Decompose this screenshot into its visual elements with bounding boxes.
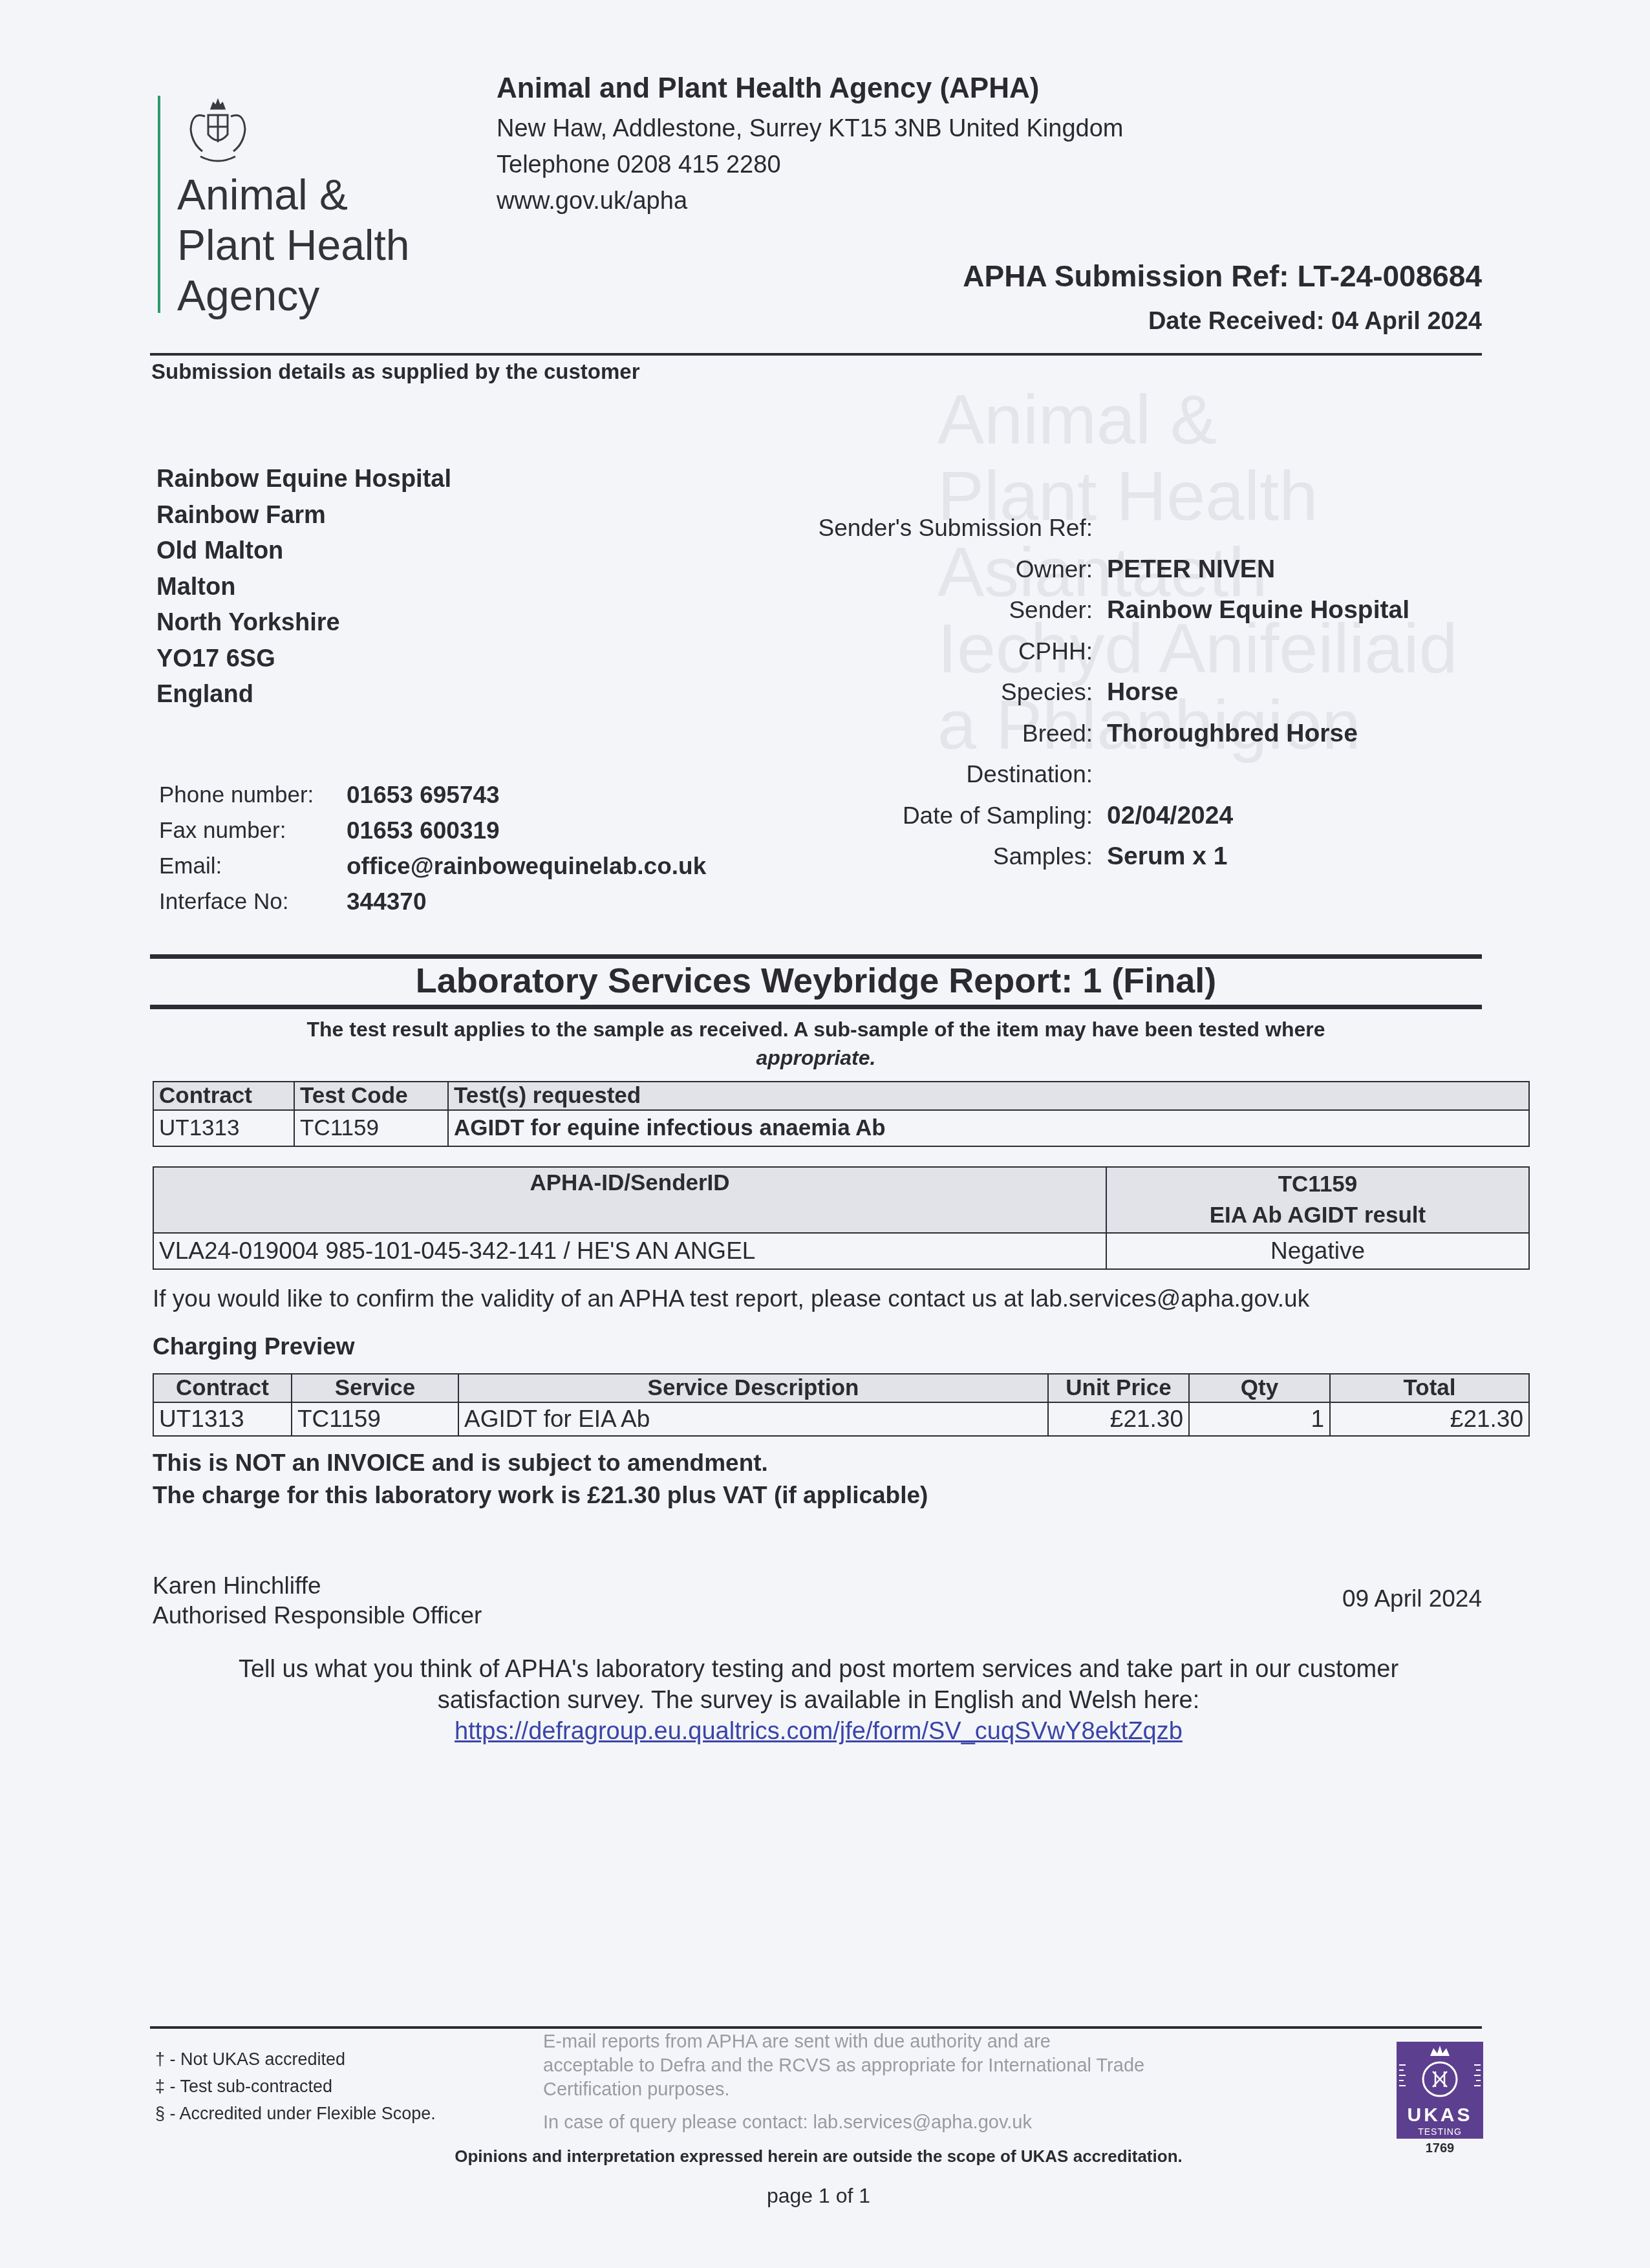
sampling-date-value: 02/04/2024 <box>1107 795 1233 837</box>
address-line: England <box>156 677 451 713</box>
detail-label: Samples: <box>744 836 1107 877</box>
table-row: UT1313 TC1159 AGIDT for EIA Ab £21.30 1 … <box>153 1402 1529 1436</box>
contact-row: Fax number: 01653 600319 <box>159 813 706 848</box>
contact-details: Phone number: 01653 695743 Fax number: 0… <box>159 777 706 919</box>
col-contract: Contract <box>153 1374 292 1402</box>
ukas-sub: TESTING <box>1397 2126 1483 2137</box>
table-row: VLA24-019004 985-101-045-342-141 / HE'S … <box>153 1233 1529 1269</box>
address-line: Old Malton <box>156 533 451 570</box>
detail-row: Destination: <box>744 754 1409 795</box>
logo-line: Plant Health <box>177 220 410 270</box>
result-test-code: TC1159 <box>1112 1169 1523 1200</box>
customer-address: Rainbow Equine Hospital Rainbow Farm Old… <box>156 462 451 713</box>
org-name: Animal and Plant Health Agency (APHA) <box>497 71 1039 106</box>
disclaimer-line: The test result applies to the sample as… <box>150 1015 1482 1043</box>
report-title: Laboratory Services Weybridge Report: 1 … <box>150 961 1482 1001</box>
address-line: Rainbow Farm <box>156 498 451 534</box>
charge-note: The charge for this laboratory work is £… <box>153 1479 928 1512</box>
detail-row: Sender's Submission Ref: <box>744 508 1409 549</box>
address-line: Rainbow Equine Hospital <box>156 462 451 498</box>
detail-row: Species:Horse <box>744 672 1409 713</box>
table-header-row: APHA-ID/SenderID TC1159 EIA Ab AGIDT res… <box>153 1167 1529 1233</box>
cell-result: Negative <box>1106 1233 1529 1269</box>
submission-section-heading: Submission details as supplied by the cu… <box>151 359 640 384</box>
email-note: E-mail reports from APHA are sent with d… <box>543 2030 1144 2135</box>
detail-row: Samples:Serum x 1 <box>744 836 1409 877</box>
address-line: YO17 6SG <box>156 641 451 678</box>
submission-ref: APHA Submission Ref: LT-24-008684 <box>963 259 1482 294</box>
table-row: UT1313 TC1159 AGIDT for equine infectiou… <box>153 1110 1529 1146</box>
phone-value: 01653 695743 <box>347 777 500 813</box>
agency-logo-text: Animal & Plant Health Agency <box>177 169 410 321</box>
col-apha-id: APHA-ID/SenderID <box>153 1167 1106 1233</box>
disclaimer-line: appropriate. <box>150 1043 1482 1072</box>
cell-service-description: AGIDT for EIA Ab <box>458 1402 1048 1436</box>
officer-role: Authorised Responsible Officer <box>153 1601 482 1631</box>
results-table: APHA-ID/SenderID TC1159 EIA Ab AGIDT res… <box>153 1166 1530 1270</box>
detail-row: Sender:Rainbow Equine Hospital <box>744 590 1409 631</box>
contact-row: Email: office@rainbowequinelab.co.uk <box>159 848 706 884</box>
signature-date: 09 April 2024 <box>1342 1585 1482 1612</box>
fax-value: 01653 600319 <box>347 813 500 848</box>
ukas-number: 1769 <box>1397 2141 1483 2156</box>
col-contract: Contract <box>153 1082 294 1110</box>
cell-qty: 1 <box>1189 1402 1330 1436</box>
cell-total: £21.30 <box>1330 1402 1529 1436</box>
table-header-row: Contract Service Service Description Uni… <box>153 1374 1529 1402</box>
ukas-disclaimer: Opinions and interpretation expressed he… <box>153 2146 1484 2166</box>
page-number: page 1 of 1 <box>153 2184 1484 2208</box>
detail-label: Destination: <box>744 754 1107 795</box>
breed-value: Thoroughbred Horse <box>1107 713 1358 754</box>
col-service: Service <box>292 1374 458 1402</box>
detail-row: CPHH: <box>744 631 1409 672</box>
email-note-line: Certification purposes. <box>543 2078 1144 2102</box>
sender-value: Rainbow Equine Hospital <box>1107 590 1409 631</box>
detail-label: Species: <box>744 672 1107 713</box>
col-unit-price: Unit Price <box>1048 1374 1189 1402</box>
footer-legend: † - Not UKAS accredited ‡ - Test sub-con… <box>155 2046 436 2127</box>
org-website[interactable]: www.gov.uk/apha <box>497 184 687 219</box>
owner-value: PETER NIVEN <box>1107 549 1275 590</box>
cell-test-requested: AGIDT for equine infectious anaemia Ab <box>448 1110 1529 1146</box>
ukas-logo: UKAS TESTING <box>1397 2042 1483 2139</box>
col-service-description: Service Description <box>458 1374 1048 1402</box>
legend-not-accredited: † - Not UKAS accredited <box>155 2046 436 2073</box>
report-title-rule-bottom <box>150 1005 1482 1009</box>
cell-unit-price: £21.30 <box>1048 1402 1189 1436</box>
detail-label: Owner: <box>744 549 1107 590</box>
legend-sub-contracted: ‡ - Test sub-contracted <box>155 2073 436 2100</box>
cell-sample-id: VLA24-019004 985-101-045-342-141 / HE'S … <box>153 1233 1106 1269</box>
watermark-line: Animal & <box>937 381 1458 458</box>
email-note-line: acceptable to Defra and the RCVS as appr… <box>543 2054 1144 2078</box>
report-title-rule-top <box>150 954 1482 959</box>
address-line: North Yorkshire <box>156 605 451 641</box>
charging-heading: Charging Preview <box>153 1333 355 1360</box>
query-note: In case of query please contact: lab.ser… <box>543 2111 1144 2135</box>
tests-requested-table: Contract Test Code Test(s) requested UT1… <box>153 1081 1530 1147</box>
coat-of-arms-icon <box>176 97 260 168</box>
ukas-word: UKAS <box>1397 2104 1483 2126</box>
col-tests-requested: Test(s) requested <box>448 1082 1529 1110</box>
detail-label: Date of Sampling: <box>744 795 1107 837</box>
contact-label: Email: <box>159 848 347 884</box>
signature-block: Karen Hinchliffe Authorised Responsible … <box>153 1571 482 1631</box>
contact-label: Fax number: <box>159 813 347 848</box>
contact-label: Interface No: <box>159 884 347 919</box>
submission-details: Sender's Submission Ref: Owner:PETER NIV… <box>744 508 1409 877</box>
col-total: Total <box>1330 1374 1529 1402</box>
survey-link[interactable]: https://defragroup.eu.qualtrics.com/jfe/… <box>153 1716 1484 1747</box>
charging-notes: This is NOT an INVOICE and is subject to… <box>153 1447 928 1512</box>
contact-label: Phone number: <box>159 777 347 813</box>
org-telephone: Telephone 0208 415 2280 <box>497 147 781 182</box>
col-qty: Qty <box>1189 1374 1330 1402</box>
cell-test-code: TC1159 <box>294 1110 448 1146</box>
result-test-name: EIA Ab AGIDT result <box>1112 1200 1523 1231</box>
detail-row: Date of Sampling:02/04/2024 <box>744 795 1409 837</box>
detail-label: CPHH: <box>744 631 1107 672</box>
detail-label: Breed: <box>744 713 1107 754</box>
logo-line: Agency <box>177 270 410 321</box>
interface-no-value: 344370 <box>347 884 426 919</box>
validity-note: If you would like to confirm the validit… <box>153 1285 1309 1312</box>
logo-bar <box>158 96 160 313</box>
cell-contract: UT1313 <box>153 1402 292 1436</box>
samples-value: Serum x 1 <box>1107 836 1227 877</box>
cell-service: TC1159 <box>292 1402 458 1436</box>
report-disclaimer: The test result applies to the sample as… <box>150 1015 1482 1072</box>
table-header-row: Contract Test Code Test(s) requested <box>153 1082 1529 1110</box>
address-line: Malton <box>156 570 451 606</box>
officer-name: Karen Hinchliffe <box>153 1571 482 1601</box>
survey-text: Tell us what you think of APHA's laborat… <box>153 1654 1484 1685</box>
species-value: Horse <box>1107 672 1179 713</box>
survey-text: satisfaction survey. The survey is avail… <box>153 1685 1484 1716</box>
header-divider <box>150 353 1482 356</box>
col-test-code: Test Code <box>294 1082 448 1110</box>
footer-divider <box>150 2026 1482 2029</box>
legend-flexible-scope: § - Accredited under Flexible Scope. <box>155 2100 436 2127</box>
email-note-line: E-mail reports from APHA are sent with d… <box>543 2030 1144 2054</box>
ukas-crown-icon <box>1397 2042 1483 2106</box>
detail-row: Owner:PETER NIVEN <box>744 549 1409 590</box>
contact-row: Interface No: 344370 <box>159 884 706 919</box>
survey-block: Tell us what you think of APHA's laborat… <box>153 1654 1484 1747</box>
cell-contract: UT1313 <box>153 1110 294 1146</box>
charging-table: Contract Service Service Description Uni… <box>153 1373 1530 1437</box>
col-result: TC1159 EIA Ab AGIDT result <box>1106 1167 1529 1233</box>
detail-row: Breed:Thoroughbred Horse <box>744 713 1409 754</box>
not-invoice-note: This is NOT an INVOICE and is subject to… <box>153 1447 928 1479</box>
detail-label: Sender: <box>744 590 1107 631</box>
date-received: Date Received: 04 April 2024 <box>1148 308 1482 336</box>
detail-label: Sender's Submission Ref: <box>744 508 1107 549</box>
email-value[interactable]: office@rainbowequinelab.co.uk <box>347 848 706 884</box>
org-address: New Haw, Addlestone, Surrey KT15 3NB Uni… <box>497 111 1124 146</box>
logo-line: Animal & <box>177 169 410 220</box>
contact-row: Phone number: 01653 695743 <box>159 777 706 813</box>
